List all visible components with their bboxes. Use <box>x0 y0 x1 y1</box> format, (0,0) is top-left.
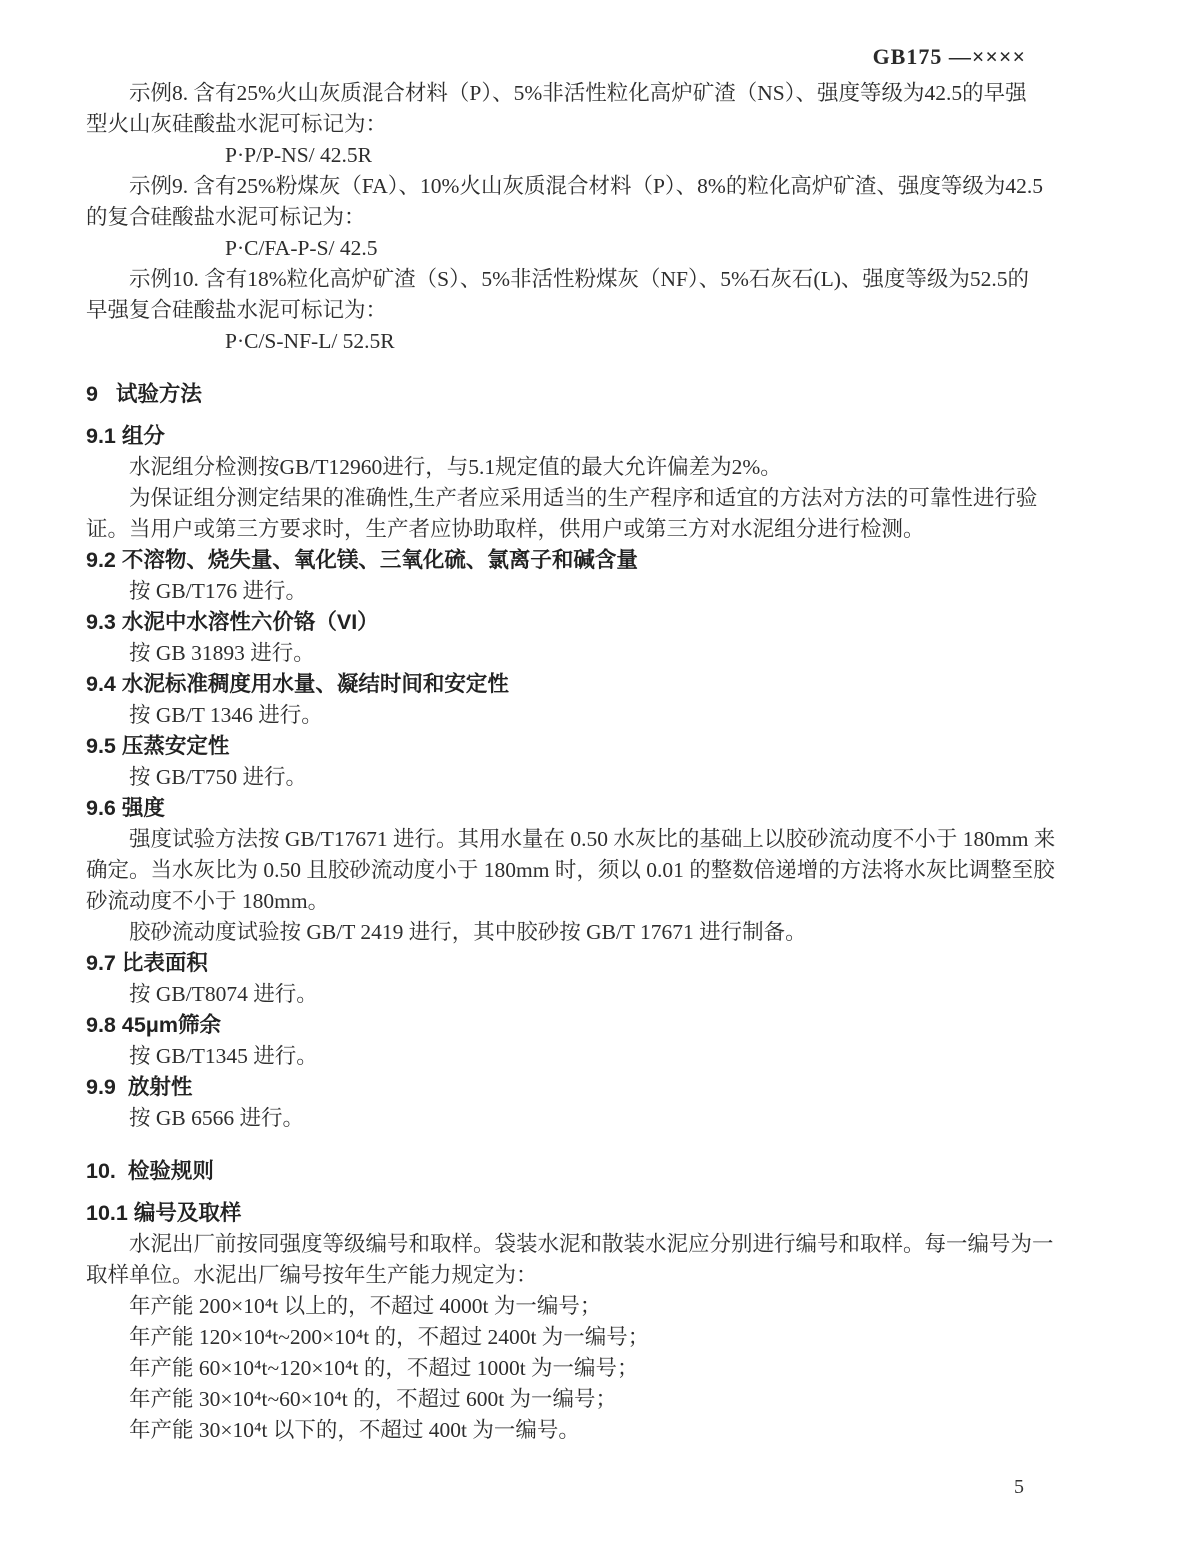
subsection-heading: 9.3 水泥中水溶性六价铬（VI） <box>86 607 1146 638</box>
text-line: 9 试验方法 <box>86 379 1146 410</box>
page-number: 5 <box>1014 1476 1024 1499</box>
text-line: 9.1 组分 <box>86 421 1146 452</box>
text-line: 按 GB/T1345 进行。 <box>86 1041 1146 1072</box>
paragraph: 年产能 120×10⁴t~200×10⁴t 的，不超过 2400t 为一编号； <box>86 1322 1146 1353</box>
text-line: 砂流动度不小于 180mm。 <box>86 886 1146 917</box>
subsection-heading: 9.5 压蒸安定性 <box>86 731 1146 762</box>
paragraph: 按 GB/T8074 进行。 <box>86 979 1146 1010</box>
subsection-heading: 9.8 45μm筛余 <box>86 1010 1146 1041</box>
subsection-heading: 9.9 放射性 <box>86 1072 1146 1103</box>
text-line: 型火山灰硅酸盐水泥可标记为： <box>86 109 1146 140</box>
paragraph: 年产能 30×10⁴t 以下的，不超过 400t 为一编号。 <box>86 1415 1146 1446</box>
text-line: 水泥组分检测按GB/T12960进行，与5.1规定值的最大允许偏差为2%。 <box>86 452 1146 483</box>
text-line: 10. 检验规则 <box>86 1156 1146 1187</box>
formula-line: P·P/P-NS/ 42.5R <box>86 140 1146 171</box>
text-line: 按 GB/T 1346 进行。 <box>86 700 1146 731</box>
text-line: 按 GB/T176 进行。 <box>86 576 1146 607</box>
paragraph: 水泥出厂前按同强度等级编号和取样。袋装水泥和散装水泥应分别进行编号和取样。每一编… <box>86 1229 1146 1291</box>
subsection-heading: 9.7 比表面积 <box>86 948 1146 979</box>
text-line: 9.9 放射性 <box>86 1072 1146 1103</box>
paragraph: 按 GB/T750 进行。 <box>86 762 1146 793</box>
text-line: 胶砂流动度试验按 GB/T 2419 进行，其中胶砂按 GB/T 17671 进… <box>86 917 1146 948</box>
text-line: 示例8. 含有25%火山灰质混合材料（P）、5%非活性粒化高炉矿渣（NS）、强度… <box>86 78 1146 109</box>
text-line: 9.3 水泥中水溶性六价铬（VI） <box>86 607 1146 638</box>
paragraph: 示例9. 含有25%粉煤灰（FA）、10%火山灰质混合材料（P）、8%的粒化高炉… <box>86 171 1146 233</box>
subsection-heading: 9.2 不溶物、烧失量、氧化镁、三氧化硫、氯离子和碱含量 <box>86 545 1146 576</box>
paragraph: 胶砂流动度试验按 GB/T 2419 进行，其中胶砂按 GB/T 17671 进… <box>86 917 1146 948</box>
paragraph: 示例10. 含有18%粒化高炉矿渣（S）、5%非活性粉煤灰（NF）、5%石灰石(… <box>86 264 1146 326</box>
paragraph: 年产能 60×10⁴t~120×10⁴t 的，不超过 1000t 为一编号； <box>86 1353 1146 1384</box>
document-page: GB175 —×××× 示例8. 含有25%火山灰质混合材料（P）、5%非活性粒… <box>0 0 1178 1554</box>
text-line: 年产能 60×10⁴t~120×10⁴t 的，不超过 1000t 为一编号； <box>86 1353 1146 1384</box>
text-line: 年产能 120×10⁴t~200×10⁴t 的，不超过 2400t 为一编号； <box>86 1322 1146 1353</box>
paragraph: 示例8. 含有25%火山灰质混合材料（P）、5%非活性粒化高炉矿渣（NS）、强度… <box>86 78 1146 140</box>
paragraph: 水泥组分检测按GB/T12960进行，与5.1规定值的最大允许偏差为2%。 <box>86 452 1146 483</box>
text-line: 9.8 45μm筛余 <box>86 1010 1146 1041</box>
text-line: 按 GB 31893 进行。 <box>86 638 1146 669</box>
text-line: 示例9. 含有25%粉煤灰（FA）、10%火山灰质混合材料（P）、8%的粒化高炉… <box>86 171 1146 202</box>
paragraph: 按 GB 6566 进行。 <box>86 1103 1146 1134</box>
formula-line: P·C/FA-P-S/ 42.5 <box>86 233 1146 264</box>
paragraph: 年产能 200×10⁴t 以上的，不超过 4000t 为一编号； <box>86 1291 1146 1322</box>
text-line: 9.4 水泥标准稠度用水量、凝结时间和安定性 <box>86 669 1146 700</box>
text-line: 确定。当水灰比为 0.50 且胶砂流动度小于 180mm 时，须以 0.01 的… <box>86 855 1146 886</box>
standard-number-header: GB175 —×××× <box>873 44 1026 70</box>
paragraph: 强度试验方法按 GB/T17671 进行。其用水量在 0.50 水灰比的基础上以… <box>86 824 1146 917</box>
text-line: 按 GB/T8074 进行。 <box>86 979 1146 1010</box>
text-line: 按 GB 6566 进行。 <box>86 1103 1146 1134</box>
text-line: P·C/FA-P-S/ 42.5 <box>86 233 1146 264</box>
text-line: 10.1 编号及取样 <box>86 1198 1146 1229</box>
text-line: 年产能 30×10⁴t~60×10⁴t 的，不超过 600t 为一编号； <box>86 1384 1146 1415</box>
text-line: 9.6 强度 <box>86 793 1146 824</box>
paragraph: 按 GB 31893 进行。 <box>86 638 1146 669</box>
text-line: 9.7 比表面积 <box>86 948 1146 979</box>
paragraph: 按 GB/T1345 进行。 <box>86 1041 1146 1072</box>
text-line: 的复合硅酸盐水泥可标记为： <box>86 202 1146 233</box>
text-line: 证。当用户或第三方要求时，生产者应协助取样，供用户或第三方对水泥组分进行检测。 <box>86 514 1146 545</box>
paragraph: 按 GB/T176 进行。 <box>86 576 1146 607</box>
subsection-heading: 10.1 编号及取样 <box>86 1198 1146 1229</box>
text-line: 9.2 不溶物、烧失量、氧化镁、三氧化硫、氯离子和碱含量 <box>86 545 1146 576</box>
subsection-heading: 9.4 水泥标准稠度用水量、凝结时间和安定性 <box>86 669 1146 700</box>
document-body: 示例8. 含有25%火山灰质混合材料（P）、5%非活性粒化高炉矿渣（NS）、强度… <box>86 78 1146 1446</box>
subsection-heading: 9.1 组分 <box>86 421 1146 452</box>
text-line: 年产能 30×10⁴t 以下的，不超过 400t 为一编号。 <box>86 1415 1146 1446</box>
text-line: 强度试验方法按 GB/T17671 进行。其用水量在 0.50 水灰比的基础上以… <box>86 824 1146 855</box>
text-line: 为保证组分测定结果的准确性,生产者应采用适当的生产程序和适宜的方法对方法的可靠性… <box>86 483 1146 514</box>
text-line: P·C/S-NF-L/ 52.5R <box>86 326 1146 357</box>
text-line: 按 GB/T750 进行。 <box>86 762 1146 793</box>
paragraph: 年产能 30×10⁴t~60×10⁴t 的，不超过 600t 为一编号； <box>86 1384 1146 1415</box>
section-heading: 10. 检验规则 <box>86 1156 1146 1187</box>
formula-line: P·C/S-NF-L/ 52.5R <box>86 326 1146 357</box>
text-line: 9.5 压蒸安定性 <box>86 731 1146 762</box>
paragraph: 为保证组分测定结果的准确性,生产者应采用适当的生产程序和适宜的方法对方法的可靠性… <box>86 483 1146 545</box>
text-line: P·P/P-NS/ 42.5R <box>86 140 1146 171</box>
text-line: 示例10. 含有18%粒化高炉矿渣（S）、5%非活性粉煤灰（NF）、5%石灰石(… <box>86 264 1146 295</box>
text-line: 早强复合硅酸盐水泥可标记为： <box>86 295 1146 326</box>
subsection-heading: 9.6 强度 <box>86 793 1146 824</box>
text-line: 取样单位。水泥出厂编号按年生产能力规定为： <box>86 1260 1146 1291</box>
text-line: 水泥出厂前按同强度等级编号和取样。袋装水泥和散装水泥应分别进行编号和取样。每一编… <box>86 1229 1146 1260</box>
paragraph: 按 GB/T 1346 进行。 <box>86 700 1146 731</box>
text-line: 年产能 200×10⁴t 以上的，不超过 4000t 为一编号； <box>86 1291 1146 1322</box>
section-heading: 9 试验方法 <box>86 379 1146 410</box>
